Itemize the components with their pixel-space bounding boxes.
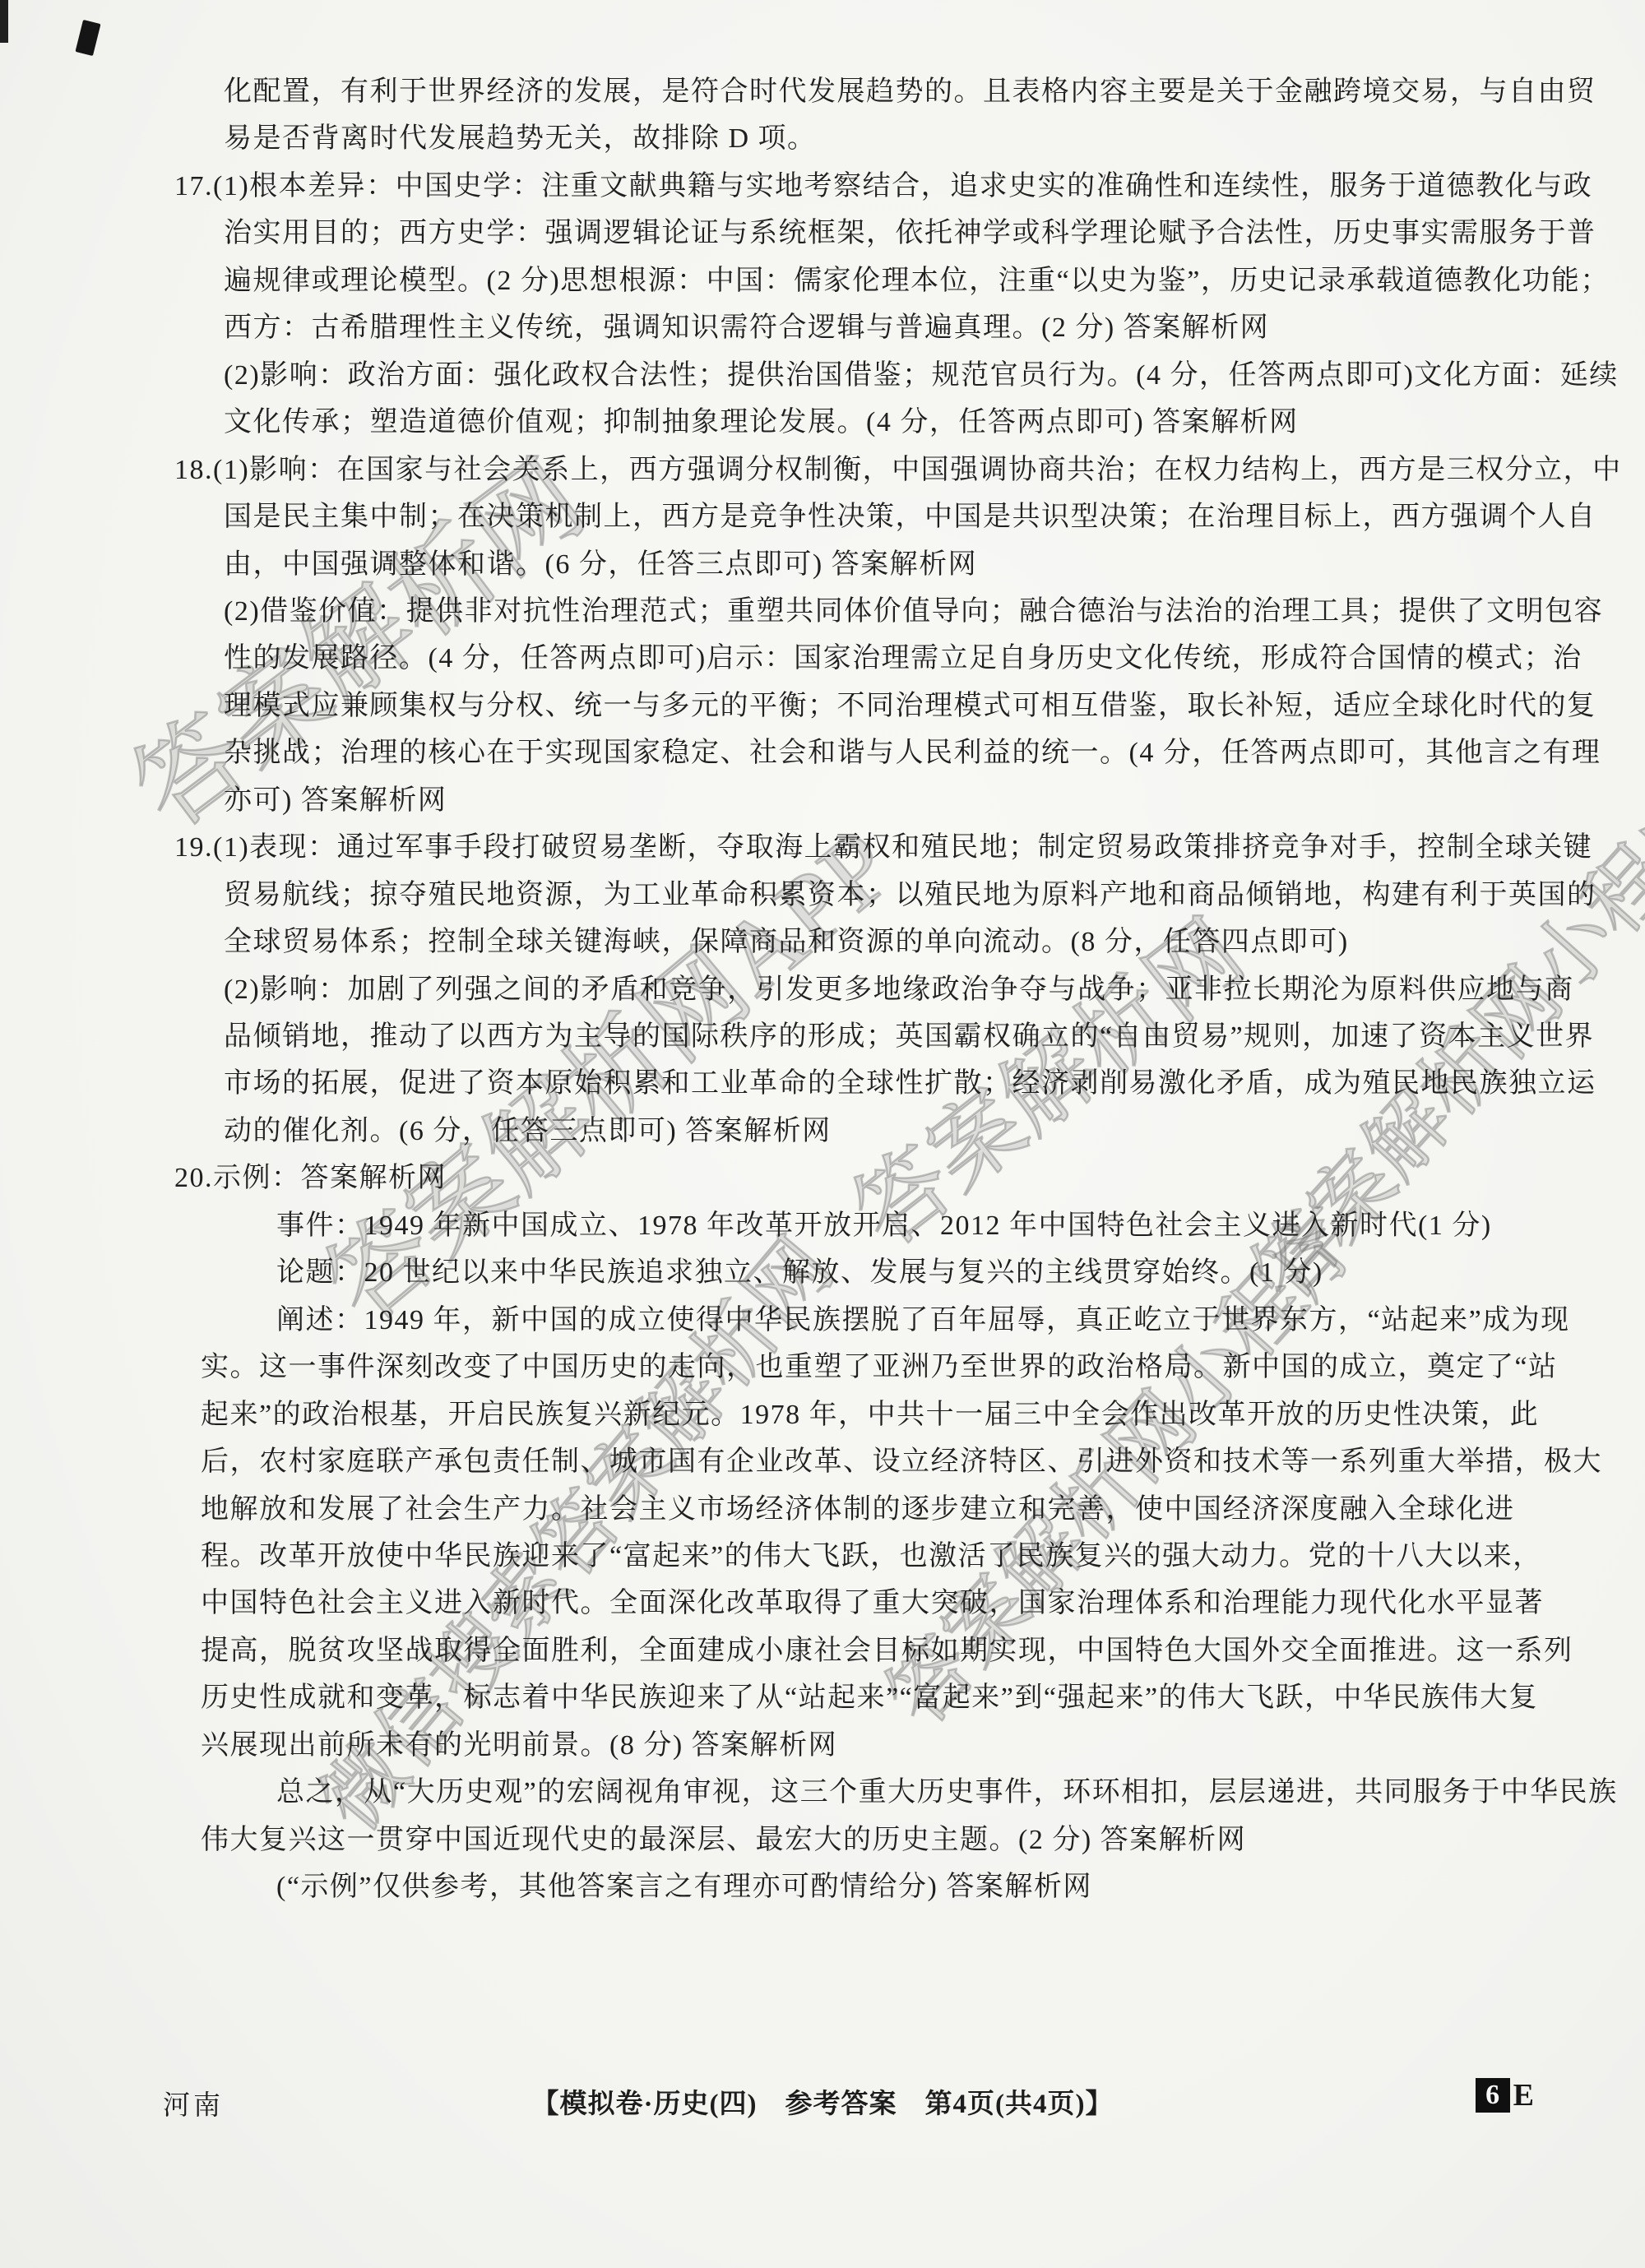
page-footer: 河南 【模拟卷·历史(四) 参考答案 第4页(共4页)】 6 E xyxy=(0,2076,1645,2125)
text-line: (2)借鉴价值：提供非对抗性治理范式；重塑共同体价值导向；融合德治与法治的治理工… xyxy=(224,592,1603,632)
text-line: 阐述：1949 年，新中国的成立使得中华民族摆脱了百年屈辱，真正屹立于世界东方，… xyxy=(276,1301,1570,1340)
text-line: 西方：古希腊理性主义传统，强调知识需符合逻辑与普遍真理。(2 分) 答案解析网 xyxy=(224,308,1269,348)
scanned-answer-sheet-page: 答案解析网答案解析网APP答案解析网微信搜索答案解析网答案解析网小程序答案解析网… xyxy=(0,0,1645,2268)
text-line: 17.(1)根本差异：中国史学：注重文献典籍与实地考察结合，追求史实的准确性和连… xyxy=(174,167,1592,206)
text-line: 事件：1949 年新中国成立、1978 年改革开放开启、2012 年中国特色社会… xyxy=(276,1206,1492,1246)
text-line: 品倾销地，推动了以西方为主导的国际秩序的形成；英国霸权确立的“自由贸易”规则，加… xyxy=(224,1017,1594,1057)
text-line: 兴展现出前所未有的光明前景。(8 分) 答案解析网 xyxy=(201,1726,837,1766)
text-line: 程。改革开放使中华民族迎来了“富起来”的伟大飞跃，也激活了民族复兴的强大动力。党… xyxy=(201,1537,1542,1576)
text-line: 总之，从“大历史观”的宏阔视角审视，这三个重大历史事件，环环相扣，层层递进，共同… xyxy=(276,1773,1618,1812)
text-line: 起来”的政治根基，开启民族复兴新纪元。1978 年，中共十一届三中全会作出改革开… xyxy=(201,1396,1539,1435)
text-line: 中国特色社会主义进入新时代。全面深化改革取得了重大突破，国家治理体系和治理能力现… xyxy=(201,1584,1544,1623)
footer-title: 【模拟卷·历史(四) 参考答案 第4页(共4页)】 xyxy=(0,2082,1645,2121)
text-line: 动的催化剂。(6 分，任答三点即可) 答案解析网 xyxy=(224,1112,832,1151)
text-line: 市场的拓展，促进了资本原始积累和工业革命的全球性扩散；经济剥削易激化矛盾，成为殖… xyxy=(224,1064,1596,1104)
text-line: 亦可) 答案解析网 xyxy=(224,781,447,821)
text-line: 实。这一事件深刻改变了中国历史的走向，也重塑了亚洲乃至世界的政治格局。新中国的成… xyxy=(201,1348,1558,1387)
text-line: 遍规律或理论模型。(2 分)思想根源：中国：儒家伦理本位，注重“以史为鉴”，历史… xyxy=(224,262,1610,301)
text-line: 理模式应兼顾集权与分权、统一与多元的平衡；不同治理模式可相互借鉴，取长补短，适应… xyxy=(224,687,1596,726)
text-line: 文化传承；塑造道德价值观；抑制抽象理论发展。(4 分，任答两点即可) 答案解析网 xyxy=(224,403,1299,442)
text-line: 杂挑战；治理的核心在于实现国家稳定、社会和谐与人民利益的统一。(4 分，任答两点… xyxy=(224,734,1601,773)
text-line: 历史性成就和变革，标志着中华民族迎来了从“站起来”“富起来”到“强起来”的伟大飞… xyxy=(201,1678,1538,1718)
text-line: 性的发展路径。(4 分，任答两点即可)启示：国家治理需立足自身历史文化传统，形成… xyxy=(224,639,1582,678)
text-line: 化配置，有利于世界经济的发展，是符合时代发展趋势的。且表格内容主要是关于金融跨境… xyxy=(224,72,1596,112)
text-line: 治实用目的；西方史学：强调逻辑论证与系统框架，依托神学或科学理论赋予合法性，历史… xyxy=(224,214,1596,253)
text-line: 易是否背离时代发展趋势无关，故排除 D 项。 xyxy=(224,119,817,159)
footer-code: 6 E xyxy=(1476,2077,1534,2113)
text-line: 伟大复兴这一贯穿中国近现代史的最深层、最宏大的历史主题。(2 分) 答案解析网 xyxy=(201,1821,1246,1860)
document-lines: 化配置，有利于世界经济的发展，是符合时代发展趋势的。且表格内容主要是关于金融跨境… xyxy=(0,0,1645,2268)
text-line: 贸易航线；掠夺殖民地资源，为工业革命积累资本；以殖民地为原料产地和商品倾销地，构… xyxy=(224,876,1596,915)
text-line: 全球贸易体系；控制全球关键海峡，保障商品和资源的单向流动。(8 分，任答四点即可… xyxy=(224,923,1349,962)
text-line: 后，农村家庭联产承包责任制、城市国有企业改革、设立经济特区、引进外资和技术等一系… xyxy=(201,1442,1602,1482)
text-line: 19.(1)表现：通过军事手段打破贸易垄断，夺取海上霸权和殖民地；制定贸易政策排… xyxy=(174,828,1592,868)
text-line: 18.(1)影响：在国家与社会关系上，西方强调分权制衡，中国强调协商共治；在权力… xyxy=(174,451,1622,490)
footer-page-badge: 6 xyxy=(1476,2078,1510,2113)
text-line: 论题：20 世纪以来中华民族追求独立、解放、发展与复兴的主线贯穿始终。(1 分) xyxy=(276,1253,1323,1293)
footer-edition-label: E xyxy=(1513,2077,1534,2113)
text-line: (“示例”仅供参考，其他答案言之有理亦可酌情给分) 答案解析网 xyxy=(276,1868,1092,1907)
text-line: (2)影响：加剧了列强之间的矛盾和竞争，引发更多地缘政治争夺与战争；亚非拉长期沦… xyxy=(224,970,1574,1010)
text-line: 由，中国强调整体和谐。(6 分，任答三点即可) 答案解析网 xyxy=(224,545,977,585)
text-line: (2)影响：政治方面：强化政权合法性；提供治国借鉴；规范官员行为。(4 分，任答… xyxy=(224,356,1619,396)
text-line: 提高，脱贫攻坚战取得全面胜利，全面建成小康社会目标如期实现，中国特色大国外交全面… xyxy=(201,1632,1573,1671)
text-line: 地解放和发展了社会生产力。社会主义市场经济体制的逐步建立和完善，使中国经济深度融… xyxy=(201,1490,1515,1530)
text-line: 国是民主集中制；在决策机制上，西方是竞争性决策，中国是共识型决策；在治理目标上，… xyxy=(224,498,1596,537)
text-line: 20.示例：答案解析网 xyxy=(174,1159,447,1198)
